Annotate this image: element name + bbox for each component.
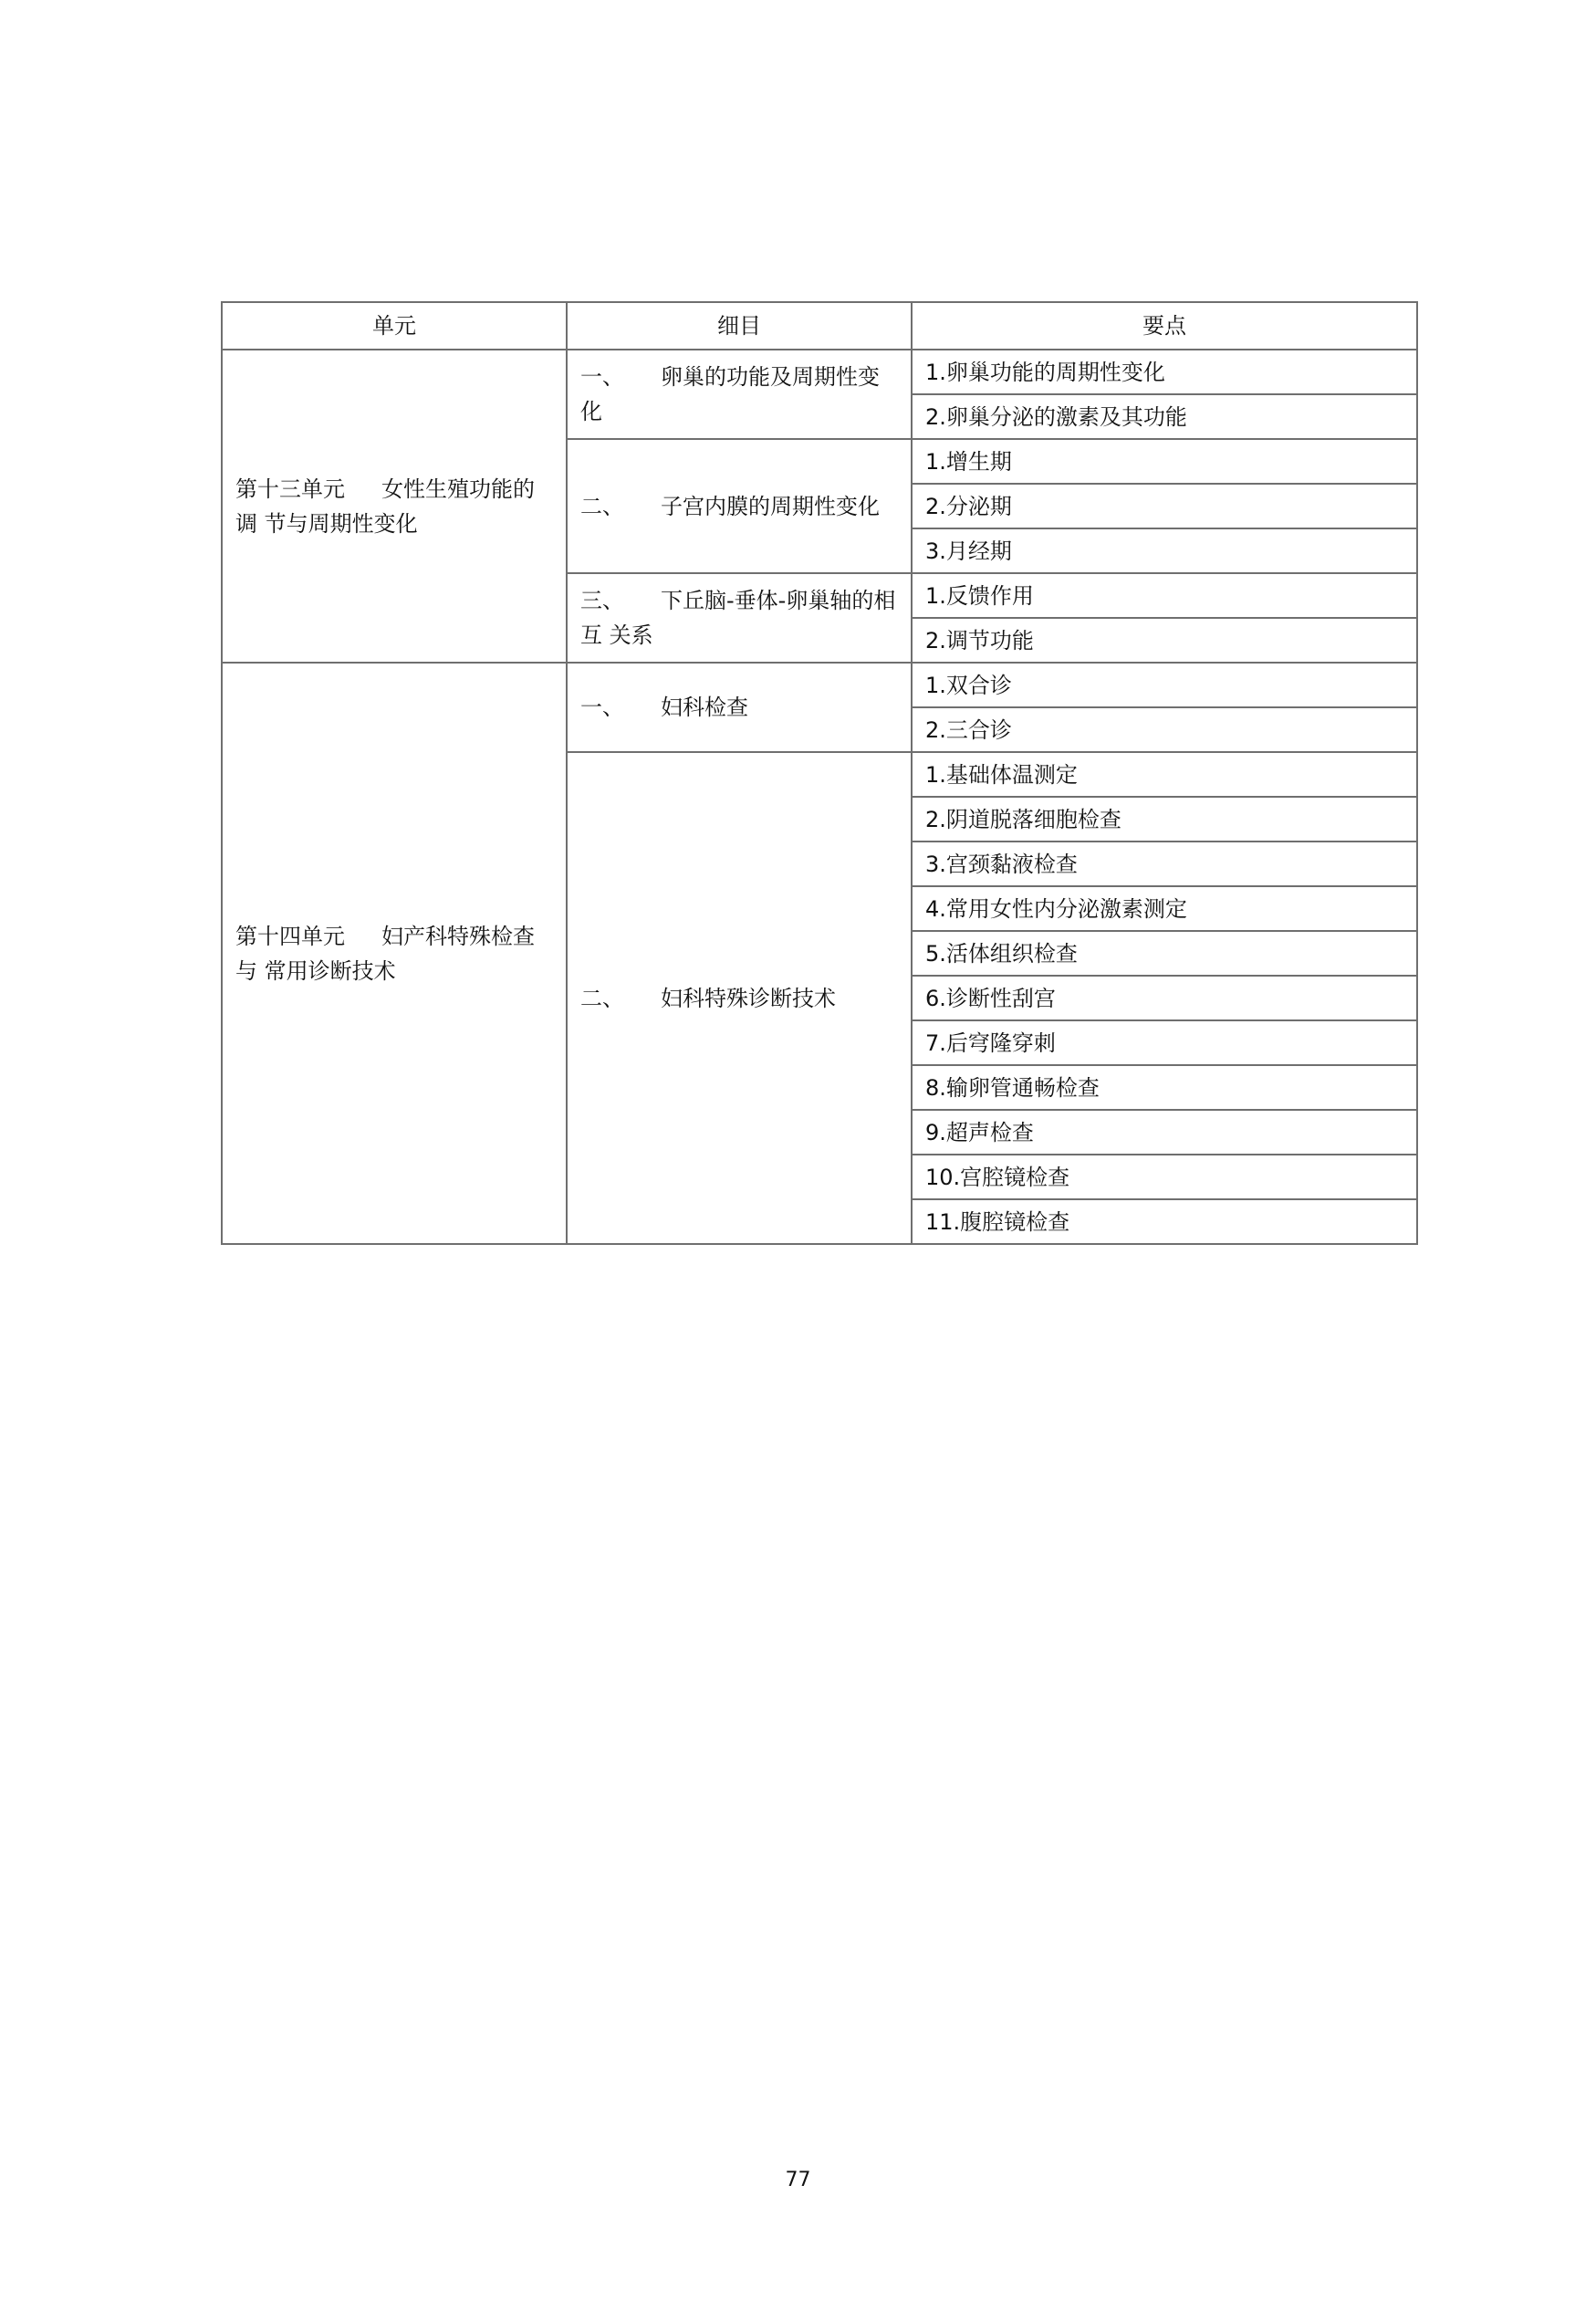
subitem-number: 二、 (580, 494, 624, 519)
table-header-row: 单元 细目 要点 (222, 302, 1417, 350)
key-point: 2.分泌期 (912, 484, 1417, 528)
page-number: 77 (0, 2169, 1596, 2191)
subitem-number: 三、 (580, 588, 624, 613)
key-point: 10.宫腔镜检查 (912, 1155, 1417, 1199)
subitem-number: 一、 (580, 364, 624, 390)
subitem-number: 二、 (580, 986, 624, 1011)
header-key-points: 要点 (912, 302, 1417, 350)
document-page: 单元 细目 要点 第十三单元女性生殖功能的调 节与周期性变化 一、卵巢的功能及周… (0, 0, 1596, 2300)
key-point: 3.月经期 (912, 528, 1417, 573)
key-point: 2.卵巢分泌的激素及其功能 (912, 394, 1417, 439)
unit-label: 第十四单元 (235, 924, 345, 949)
syllabus-table: 单元 细目 要点 第十三单元女性生殖功能的调 节与周期性变化 一、卵巢的功能及周… (221, 301, 1418, 1245)
unit-cell: 第十四单元妇产科特殊检查与 常用诊断技术 (222, 663, 567, 1244)
subitem-title: 妇科特殊诊断技术 (661, 986, 836, 1011)
subitem-title: 下丘脑-垂体-卵巢轴的相互 关系 (580, 588, 895, 648)
key-point: 2.三合诊 (912, 707, 1417, 752)
key-point: 7.后穹隆穿刺 (912, 1020, 1417, 1065)
header-unit: 单元 (222, 302, 567, 350)
header-subitem: 细目 (567, 302, 912, 350)
key-point: 11.腹腔镜检查 (912, 1199, 1417, 1244)
key-point: 2.阴道脱落细胞检查 (912, 797, 1417, 842)
table-row: 第十四单元妇产科特殊检查与 常用诊断技术 一、妇科检查 1.双合诊 (222, 663, 1417, 707)
key-point: 1.双合诊 (912, 663, 1417, 707)
key-point: 9.超声检查 (912, 1110, 1417, 1155)
subitem-cell: 二、妇科特殊诊断技术 (567, 752, 912, 1244)
unit-label: 第十三单元 (235, 476, 345, 502)
key-point: 1.基础体温测定 (912, 752, 1417, 797)
subitem-cell: 二、子宫内膜的周期性变化 (567, 439, 912, 573)
key-point: 1.卵巢功能的周期性变化 (912, 350, 1417, 394)
key-point: 2.调节功能 (912, 618, 1417, 663)
key-point: 1.反馈作用 (912, 573, 1417, 618)
subitem-cell: 三、下丘脑-垂体-卵巢轴的相互 关系 (567, 573, 912, 663)
subitem-cell: 一、卵巢的功能及周期性变化 (567, 350, 912, 439)
subitem-number: 一、 (580, 695, 624, 720)
key-point: 8.输卵管通畅检查 (912, 1065, 1417, 1110)
subitem-title: 卵巢的功能及周期性变化 (580, 364, 880, 424)
key-point: 4.常用女性内分泌激素测定 (912, 886, 1417, 931)
subitem-title: 妇科检查 (661, 695, 748, 720)
key-point: 6.诊断性刮宫 (912, 976, 1417, 1020)
unit-cell: 第十三单元女性生殖功能的调 节与周期性变化 (222, 350, 567, 663)
key-point: 1.增生期 (912, 439, 1417, 484)
table-row: 第十三单元女性生殖功能的调 节与周期性变化 一、卵巢的功能及周期性变化 1.卵巢… (222, 350, 1417, 394)
key-point: 5.活体组织检查 (912, 931, 1417, 976)
subitem-title: 子宫内膜的周期性变化 (661, 494, 880, 519)
key-point: 3.宫颈黏液检查 (912, 842, 1417, 886)
subitem-cell: 一、妇科检查 (567, 663, 912, 752)
